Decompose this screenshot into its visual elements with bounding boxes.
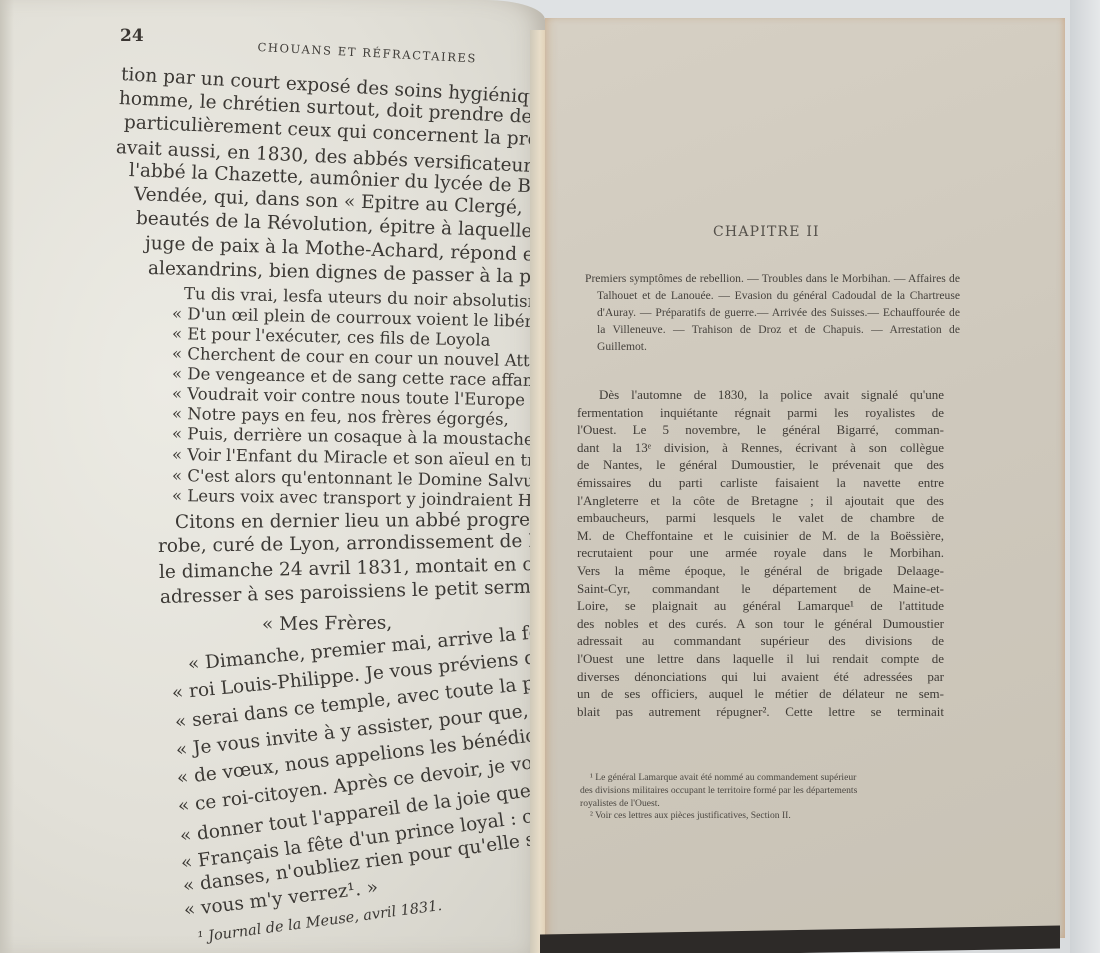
right-page-footnotes: ¹ Le général Lamarque avait été nommé au…	[580, 772, 932, 823]
chapter-summary: Premiers symptômes de rebellion. — Troub…	[585, 270, 960, 355]
body-line: un de ses officiers, auquel le métier de…	[577, 685, 944, 703]
body-line: l'Ouest une lettre dans laquelle il lui …	[577, 650, 944, 668]
right-page-body: Dès l'automne de 1830, la police avait s…	[577, 386, 944, 720]
body-line: diverses dénonciations qui lui avaient é…	[577, 668, 944, 686]
footnote-line: ² Voir ces lettres aux pièces justificat…	[580, 810, 932, 823]
body-line: Vers la même époque, le général de briga…	[577, 562, 944, 580]
body-line: dant la 13ᵉ division, à Rennes, écrivant…	[577, 439, 944, 457]
body-line: recrutaient pour une armée royale dans l…	[577, 544, 944, 562]
left-page-edge-shadow	[0, 0, 14, 953]
body-line: Saint-Cyr, commandant le département de …	[577, 580, 944, 598]
body-line: Loire, se plaignait au général Lamarque¹…	[577, 597, 944, 615]
sermon-heading: « Mes Frères,	[262, 613, 392, 635]
body-line: fermentation inquiétante régnait parmi l…	[577, 404, 944, 422]
body-line: l'Ouest. Le 5 novembre, le général Bigar…	[577, 421, 944, 439]
chapter-title: CHAPITRE II	[713, 224, 820, 240]
body-line: de Nantes, le général Dumoustier, le pré…	[577, 456, 944, 474]
body-line: Dès l'automne de 1830, la police avait s…	[577, 386, 944, 404]
body-line: émissaires du parti carliste faisaient l…	[577, 474, 944, 492]
body-line: blait pas autrement répugner². Cette let…	[577, 703, 944, 721]
body-line: adressait au commandant supérieur des di…	[577, 632, 944, 650]
footnote-line: des divisions militaires occupant le ter…	[580, 785, 932, 798]
body-line: des nobles et des curés. A son tour le g…	[577, 615, 944, 633]
backdrop	[1070, 0, 1100, 953]
body-line: embaucheurs, parmi lesquels le valet de …	[577, 509, 944, 527]
footnote-line: ¹ Le général Lamarque avait été nommé au…	[580, 772, 932, 785]
footnote-line: royalistes de l'Ouest.	[580, 798, 932, 811]
page-number: 24	[120, 26, 144, 46]
body-line: l'Angleterre et la côte de Bretagne ; il…	[577, 492, 944, 510]
body-line: M. de Cheffontaine et le cuisinier de M.…	[577, 527, 944, 545]
